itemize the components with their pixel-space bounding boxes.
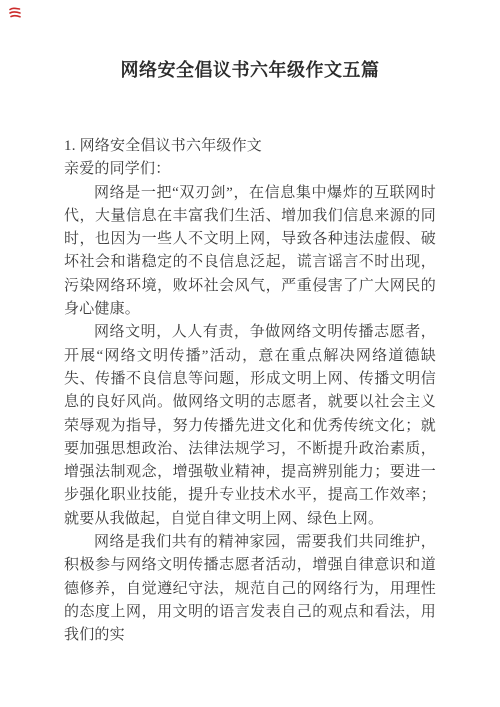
page-title: 网络安全倡议书六年级作文五篇 (0, 56, 500, 82)
paragraph-3: 网络是我们共有的精神家园，需要我们共同维护，积极参与网络文明传播志愿者活动，增强… (64, 531, 436, 647)
red-scribble-icon (8, 6, 22, 20)
document-page: 网络安全倡议书六年级作文五篇 1. 网络安全倡议书六年级作文 亲爱的同学们： 网… (0, 0, 500, 707)
document-body: 1. 网络安全倡议书六年级作文 亲爱的同学们： 网络是一把“双刃剑”，在信息集中… (64, 135, 436, 648)
paragraph-1: 网络是一把“双刃剑”，在信息集中爆炸的互联网时代，大量信息在丰富我们生活、增加我… (64, 182, 436, 322)
salutation: 亲爱的同学们： (64, 158, 436, 181)
section-heading: 1. 网络安全倡议书六年级作文 (64, 135, 436, 158)
paragraph-2: 网络文明，人人有责，争做网络文明传播志愿者，开展“网络文明传播”活动，意在重点解… (64, 321, 436, 531)
